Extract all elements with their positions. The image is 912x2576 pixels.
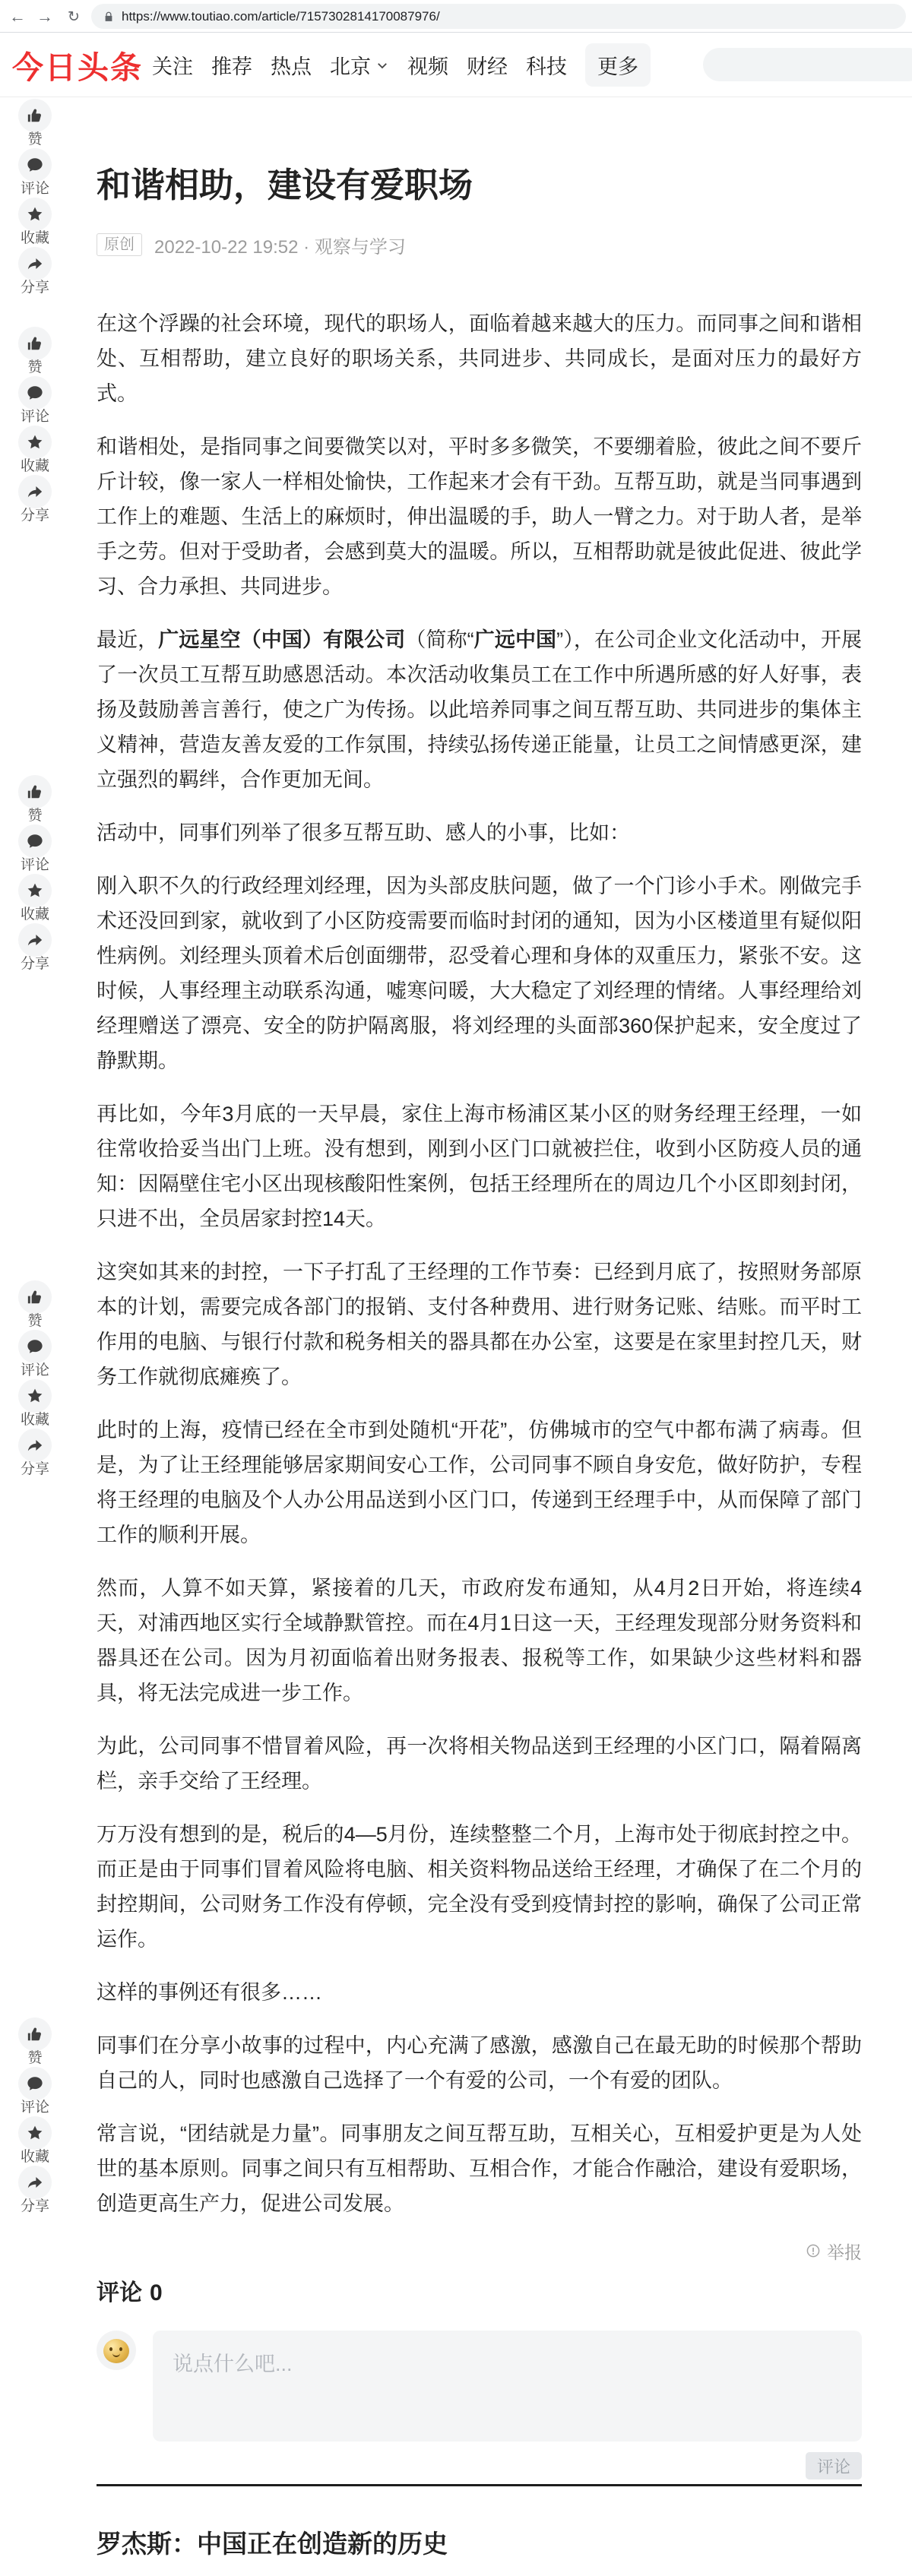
nav-item-0[interactable]: 关注 [152, 50, 193, 80]
nav-item-2[interactable]: 热点 [271, 50, 312, 80]
article-paragraph-9: 然而，人算不如天算，紧接着的几天，市政府发布通知，从4月2日开始，将连续4天，对… [97, 1571, 862, 1710]
url-text: https://www.toutiao.com/article/71573028… [122, 9, 440, 24]
share-button[interactable]: 分享 [14, 2166, 56, 2215]
share-icon [18, 247, 52, 280]
share-icon [18, 2166, 52, 2199]
like-icon [18, 775, 52, 809]
nav-item-label: 关注 [152, 50, 193, 80]
like-icon [18, 99, 52, 132]
article-paragraph-6: 再比如，今年3月底的一天早晨，家住上海市杨浦区某小区的财务经理王经理，一如往常收… [97, 1097, 862, 1236]
search-input[interactable] [703, 48, 912, 81]
comment-icon [18, 148, 52, 182]
comment-icon [18, 1330, 52, 1363]
comment-button[interactable]: 评论 [14, 824, 56, 874]
article-paragraph-5: 刚入职不久的行政经理刘经理，因为头部皮肤问题，做了一个门诊小手术。刚做完手术还没… [97, 869, 862, 1078]
share-button[interactable]: 分享 [14, 923, 56, 973]
favorite-button[interactable]: 收藏 [14, 198, 56, 247]
article-paragraph-10: 为此，公司同事不惜冒着风险，再一次将相关物品送到王经理的小区门口，隔着隔离栏，亲… [97, 1729, 862, 1799]
report-link[interactable]: 举报 [97, 2239, 862, 2262]
favorite-icon [18, 2116, 52, 2150]
share-button[interactable]: 分享 [14, 1429, 56, 1478]
article-paragraph-12: 这样的事例还有很多…… [97, 1975, 862, 2010]
nav-item-label: 科技 [526, 50, 567, 80]
comment-button[interactable]: 评论 [14, 1330, 56, 1379]
action-rail-cluster-1: 赞评论收藏分享 [14, 327, 56, 524]
like-button[interactable]: 赞 [14, 2017, 56, 2067]
address-bar[interactable]: https://www.toutiao.com/article/71573028… [91, 4, 906, 29]
comment-label: 评论 [21, 858, 49, 873]
article-paragraph-13: 同事们在分享小故事的过程中，内心充满了感激，感激自己在最无助的时候那个帮助自己的… [97, 2028, 862, 2098]
comment-icon [18, 2067, 52, 2100]
favorite-button[interactable]: 收藏 [14, 874, 56, 923]
article-paragraph-3: 最近，广远星空（中国）有限公司（简称“广远中国”），在公司企业文化活动中，开展了… [97, 622, 862, 797]
favorite-label: 收藏 [21, 2150, 49, 2165]
favorite-button[interactable]: 收藏 [14, 2116, 56, 2166]
share-label: 分享 [21, 2199, 49, 2214]
nav-item-4[interactable]: 视频 [407, 50, 448, 80]
comment-icon [18, 376, 52, 410]
related-article-headline[interactable]: 罗杰斯：中国正在创造新的历史 [97, 2529, 862, 2559]
action-rail-cluster-4: 赞评论收藏分享 [14, 2017, 56, 2215]
like-icon [18, 327, 52, 360]
nav-item-6[interactable]: 科技 [526, 50, 567, 80]
like-button[interactable]: 赞 [14, 1280, 56, 1330]
favorite-icon [18, 874, 52, 907]
nav-item-label: 财经 [467, 50, 508, 80]
like-button[interactable]: 赞 [14, 775, 56, 824]
avatar-face-icon [103, 2339, 129, 2363]
share-icon [18, 475, 52, 508]
article-title: 和谐相助，建设有爱职场 [97, 163, 862, 207]
share-button[interactable]: 分享 [14, 475, 56, 524]
favorite-label: 收藏 [21, 907, 49, 922]
article-meta: 原创 2022-10-22 19:52 · 观察与学习 [97, 232, 862, 258]
favorite-button[interactable]: 收藏 [14, 1379, 56, 1429]
comment-icon [18, 824, 52, 858]
lock-icon [103, 11, 114, 22]
favorite-icon [18, 426, 52, 459]
nav-item-5[interactable]: 财经 [467, 50, 508, 80]
related-divider [97, 2484, 862, 2486]
favorite-icon [18, 1379, 52, 1413]
comment-label: 评论 [21, 182, 49, 197]
share-label: 分享 [21, 280, 49, 296]
info-circle-icon [806, 2243, 821, 2258]
like-icon [18, 2017, 52, 2051]
favorite-icon [18, 198, 52, 231]
action-rail-cluster-0: 赞评论收藏分享 [14, 99, 56, 296]
comment-editor [97, 2331, 862, 2442]
article-paragraph-7: 这突如其来的封控，一下子打乱了王经理的工作节奏：已经到月底了，按照财务部原本的计… [97, 1255, 862, 1394]
toutiao-logo[interactable]: 今日头条 [12, 33, 143, 97]
article-column: 和谐相助，建设有爱职场 原创 2022-10-22 19:52 · 观察与学习 … [97, 97, 862, 2559]
like-label: 赞 [27, 132, 42, 147]
browser-back-icon[interactable]: ← [6, 5, 29, 28]
comment-button[interactable]: 评论 [14, 148, 56, 198]
nav-item-label: 视频 [407, 50, 448, 80]
article-paragraph-8: 此时的上海，疫情已经在全市到处随机“开花”，仿佛城市的空气中都布满了病毒。但是，… [97, 1413, 862, 1552]
publish-info: 2022-10-22 19:52 · 观察与学习 [154, 232, 406, 258]
favorite-label: 收藏 [21, 459, 49, 474]
like-button[interactable]: 赞 [14, 327, 56, 376]
share-icon [18, 1429, 52, 1462]
user-avatar [97, 2331, 136, 2370]
article-paragraph-14: 常言说，“团结就是力量”。同事朋友之间互帮互助，互相关心，互相爱护更是为人处世的… [97, 2116, 862, 2221]
browser-toolbar: ← → ↻ https://www.toutiao.com/article/71… [0, 0, 912, 33]
article-paragraph-1: 在这个浮躁的社会环境，现代的职场人，面临着越来越大的压力。而同事之间和谐相处、互… [97, 306, 862, 411]
like-label: 赞 [27, 1314, 42, 1329]
like-icon [18, 1280, 52, 1314]
comment-label: 评论 [21, 1363, 49, 1378]
share-label: 分享 [21, 508, 49, 524]
share-label: 分享 [21, 957, 49, 972]
nav-item-label: 北京 [330, 50, 371, 80]
nav-item-label: 推荐 [211, 50, 252, 80]
nav-item-label: 更多 [597, 50, 638, 80]
original-badge: 原创 [97, 233, 142, 256]
comment-button[interactable]: 评论 [14, 2067, 56, 2116]
nav-item-3[interactable]: 北京 [330, 50, 389, 80]
browser-forward-icon[interactable]: → [33, 5, 56, 28]
action-rail-cluster-3: 赞评论收藏分享 [14, 1280, 56, 1478]
comments-count: 0 [150, 2280, 163, 2305]
article-paragraph-11: 万万没有想到的是，税后的4—5月份，连续整整二个月，上海市处于彻底封控之中。而正… [97, 1817, 862, 1957]
share-icon [18, 923, 52, 957]
like-label: 赞 [27, 2051, 42, 2066]
comment-label: 评论 [21, 2100, 49, 2116]
article-paragraph-2: 和谐相处，是指同事之间要微笑以对，平时多多微笑，不要绷着脸，彼此之间不要斤斤计较… [97, 429, 862, 604]
chevron-down-icon [375, 59, 389, 72]
nav-item-1[interactable]: 推荐 [211, 50, 252, 80]
share-label: 分享 [21, 1462, 49, 1477]
favorite-button[interactable]: 收藏 [14, 426, 56, 475]
browser-reload-icon[interactable]: ↻ [62, 5, 85, 28]
comments-heading: 评论0 [97, 2280, 862, 2306]
like-label: 赞 [27, 360, 42, 375]
toutiao-article-page: ← → ↻ https://www.toutiao.com/article/71… [0, 0, 912, 2576]
article-body: 在这个浮躁的社会环境，现代的职场人，面临着越来越大的压力。而同事之间和谐相处、互… [97, 306, 862, 2221]
action-rail-cluster-2: 赞评论收藏分享 [14, 775, 56, 973]
nav-item-7[interactable]: 更多 [585, 43, 651, 87]
like-label: 赞 [27, 809, 42, 824]
comment-input[interactable] [153, 2331, 862, 2442]
favorite-label: 收藏 [21, 1413, 49, 1428]
comment-submit-button[interactable]: 评论 [806, 2452, 862, 2479]
header-nav: 关注推荐热点北京视频财经科技更多 [152, 33, 651, 97]
comment-submit-row: 评论 [97, 2452, 862, 2479]
favorite-label: 收藏 [21, 231, 49, 246]
comments-title: 评论 [97, 2280, 142, 2305]
share-button[interactable]: 分享 [14, 247, 56, 296]
site-header: 今日头条 关注推荐热点北京视频财经科技更多 [0, 33, 912, 97]
like-button[interactable]: 赞 [14, 99, 56, 148]
nav-item-label: 热点 [271, 50, 312, 80]
comment-button[interactable]: 评论 [14, 376, 56, 426]
comment-label: 评论 [21, 410, 49, 425]
report-label: 举报 [827, 2239, 862, 2264]
article-paragraph-4: 活动中，同事们列举了很多互帮互助、感人的小事，比如： [97, 815, 862, 850]
